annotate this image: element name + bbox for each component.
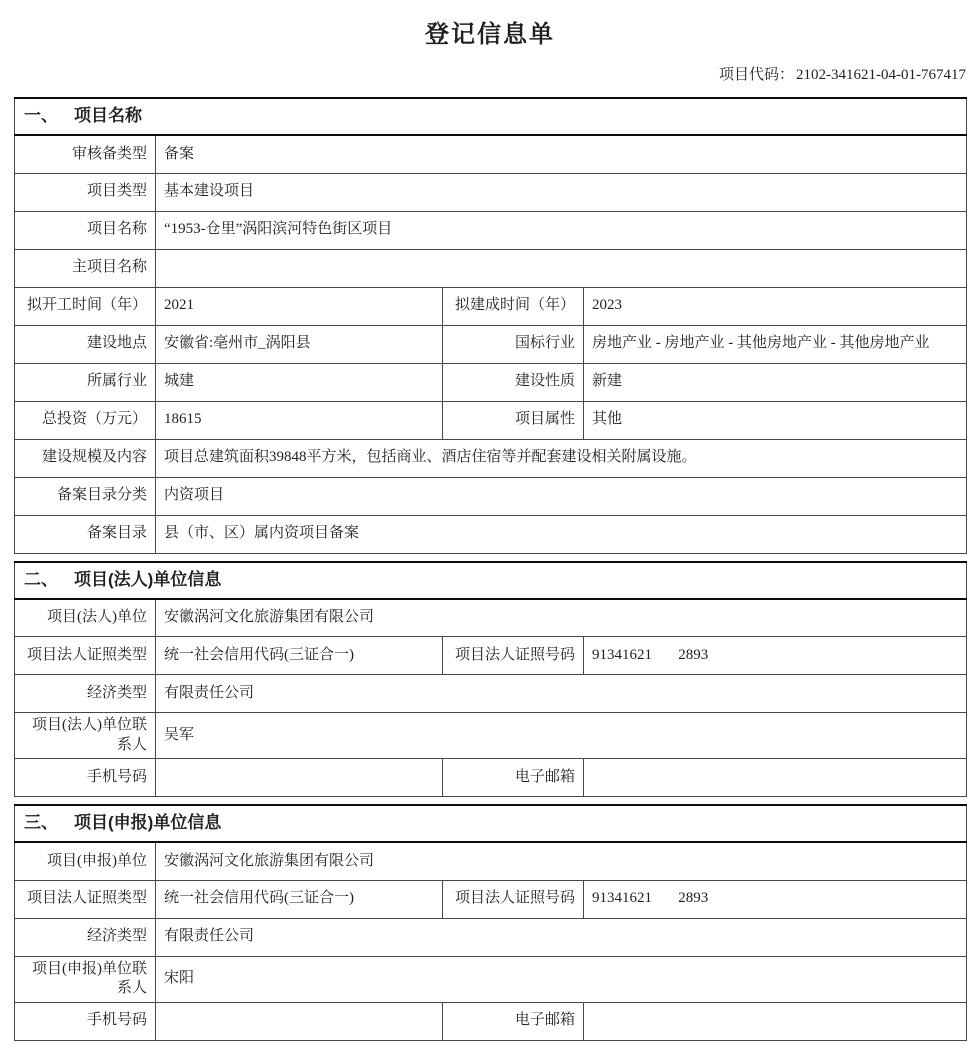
section-table: 三、项目(申报)单位信息项目(申报)单位安徽涡河文化旅游集团有限公司项目法人证照… [14, 804, 967, 1041]
field-value [584, 759, 967, 797]
field-value: 其他 [584, 401, 967, 439]
field-value: 新建 [584, 363, 967, 401]
field-label: 建设规模及内容 [15, 439, 156, 477]
field-value: 18615 [156, 401, 443, 439]
field-value: “1953-仓里”涡阳滨河特色街区项目 [156, 211, 967, 249]
field-label: 建设性质 [443, 363, 584, 401]
field-value: 内资项目 [156, 477, 967, 515]
field-label: 项目类型 [15, 173, 156, 211]
field-value: 项目总建筑面积39848平方米，包括商业、酒店住宿等并配套建设相关附属设施。 [156, 439, 967, 477]
field-value: 安徽涡河文化旅游集团有限公司 [156, 599, 967, 637]
project-code-label: 项目代码： [719, 67, 794, 83]
field-label: 项目属性 [443, 401, 584, 439]
field-row: 拟开工时间（年）2021拟建成时间（年）2023 [15, 287, 967, 325]
field-row: 经济类型有限责任公司 [15, 675, 967, 713]
field-label: 项目(申报)单位 [15, 842, 156, 880]
field-value: 安徽省:亳州市_涡阳县 [156, 325, 443, 363]
field-label: 电子邮箱 [443, 759, 584, 797]
field-value: 91341621 2893 [584, 637, 967, 675]
field-value [584, 1002, 967, 1040]
sections-container: 一、项目名称审核备类型备案项目类型基本建设项目项目名称“1953-仓里”涡阳滨河… [14, 97, 966, 1041]
field-label: 主项目名称 [15, 249, 156, 287]
field-row: 项目(申报)单位联系人宋阳 [15, 956, 967, 1002]
field-row: 审核备类型备案 [15, 135, 967, 173]
field-label: 经济类型 [15, 918, 156, 956]
section-table: 二、项目(法人)单位信息项目(法人)单位安徽涡河文化旅游集团有限公司项目法人证照… [14, 561, 967, 798]
section-number: 二、 [24, 570, 58, 589]
field-value [156, 759, 443, 797]
section-title: 项目名称 [74, 106, 142, 125]
section-title: 项目(申报)单位信息 [74, 813, 221, 832]
field-label: 审核备类型 [15, 135, 156, 173]
field-label: 所属行业 [15, 363, 156, 401]
field-value [156, 249, 967, 287]
project-code-line: 项目代码：2102-341621-04-01-767417 [14, 63, 966, 84]
field-row: 所属行业城建建设性质新建 [15, 363, 967, 401]
field-value: 2023 [584, 287, 967, 325]
field-label: 项目法人证照号码 [443, 880, 584, 918]
field-value: 91341621 2893 [584, 880, 967, 918]
field-label: 经济类型 [15, 675, 156, 713]
section-header-cell: 一、项目名称 [15, 98, 967, 135]
field-label: 项目(申报)单位联系人 [15, 956, 156, 1002]
field-row: 项目名称“1953-仓里”涡阳滨河特色街区项目 [15, 211, 967, 249]
field-row: 总投资（万元）18615项目属性其他 [15, 401, 967, 439]
field-label: 项目法人证照类型 [15, 637, 156, 675]
field-row: 建设地点安徽省:亳州市_涡阳县国标行业房地产业 - 房地产业 - 其他房地产业 … [15, 325, 967, 363]
field-value: 县（市、区）属内资项目备案 [156, 515, 967, 553]
field-row: 项目法人证照类型统一社会信用代码(三证合一)项目法人证照号码91341621 2… [15, 880, 967, 918]
field-value: 有限责任公司 [156, 675, 967, 713]
field-label: 项目法人证照号码 [443, 637, 584, 675]
field-value: 统一社会信用代码(三证合一) [156, 637, 443, 675]
field-row: 手机号码电子邮箱 [15, 759, 967, 797]
section-header: 二、项目(法人)单位信息 [15, 562, 967, 599]
field-value: 安徽涡河文化旅游集团有限公司 [156, 842, 967, 880]
field-label: 项目名称 [15, 211, 156, 249]
field-row: 经济类型有限责任公司 [15, 918, 967, 956]
field-row: 手机号码电子邮箱 [15, 1002, 967, 1040]
section-number: 三、 [24, 813, 58, 832]
field-label: 建设地点 [15, 325, 156, 363]
field-value: 宋阳 [156, 956, 967, 1002]
field-row: 备案目录县（市、区）属内资项目备案 [15, 515, 967, 553]
field-value: 备案 [156, 135, 967, 173]
field-row: 项目(申报)单位安徽涡河文化旅游集团有限公司 [15, 842, 967, 880]
section-header: 一、项目名称 [15, 98, 967, 135]
project-code-value: 2102-341621-04-01-767417 [796, 67, 966, 83]
registration-document: 登记信息单 项目代码：2102-341621-04-01-767417 一、项目… [14, 0, 966, 1041]
section-header-cell: 三、项目(申报)单位信息 [15, 805, 967, 842]
field-label: 拟建成时间（年） [443, 287, 584, 325]
field-label: 拟开工时间（年） [15, 287, 156, 325]
field-label: 国标行业 [443, 325, 584, 363]
field-row: 备案目录分类内资项目 [15, 477, 967, 515]
field-label: 项目(法人)单位 [15, 599, 156, 637]
field-row: 项目类型基本建设项目 [15, 173, 967, 211]
section-header: 三、项目(申报)单位信息 [15, 805, 967, 842]
section-header-cell: 二、项目(法人)单位信息 [15, 562, 967, 599]
field-value: 房地产业 - 房地产业 - 其他房地产业 - 其他房地产业 [584, 325, 967, 363]
field-row: 主项目名称 [15, 249, 967, 287]
field-label: 总投资（万元） [15, 401, 156, 439]
field-label: 项目法人证照类型 [15, 880, 156, 918]
field-row: 项目法人证照类型统一社会信用代码(三证合一)项目法人证照号码91341621 2… [15, 637, 967, 675]
field-row: 项目(法人)单位安徽涡河文化旅游集团有限公司 [15, 599, 967, 637]
field-row: 项目(法人)单位联系人吴军 [15, 713, 967, 759]
field-label: 手机号码 [15, 759, 156, 797]
field-value: 吴军 [156, 713, 967, 759]
field-value [156, 1002, 443, 1040]
field-value: 2021 [156, 287, 443, 325]
field-row: 建设规模及内容项目总建筑面积39848平方米，包括商业、酒店住宿等并配套建设相关… [15, 439, 967, 477]
field-label: 项目(法人)单位联系人 [15, 713, 156, 759]
field-label: 备案目录 [15, 515, 156, 553]
field-label: 电子邮箱 [443, 1002, 584, 1040]
field-value: 城建 [156, 363, 443, 401]
field-label: 备案目录分类 [15, 477, 156, 515]
section-title: 项目(法人)单位信息 [74, 570, 221, 589]
field-value: 基本建设项目 [156, 173, 967, 211]
page-title: 登记信息单 [14, 14, 966, 49]
field-value: 有限责任公司 [156, 918, 967, 956]
section-table: 一、项目名称审核备类型备案项目类型基本建设项目项目名称“1953-仓里”涡阳滨河… [14, 97, 967, 554]
field-label: 手机号码 [15, 1002, 156, 1040]
field-value: 统一社会信用代码(三证合一) [156, 880, 443, 918]
section-number: 一、 [24, 106, 58, 125]
